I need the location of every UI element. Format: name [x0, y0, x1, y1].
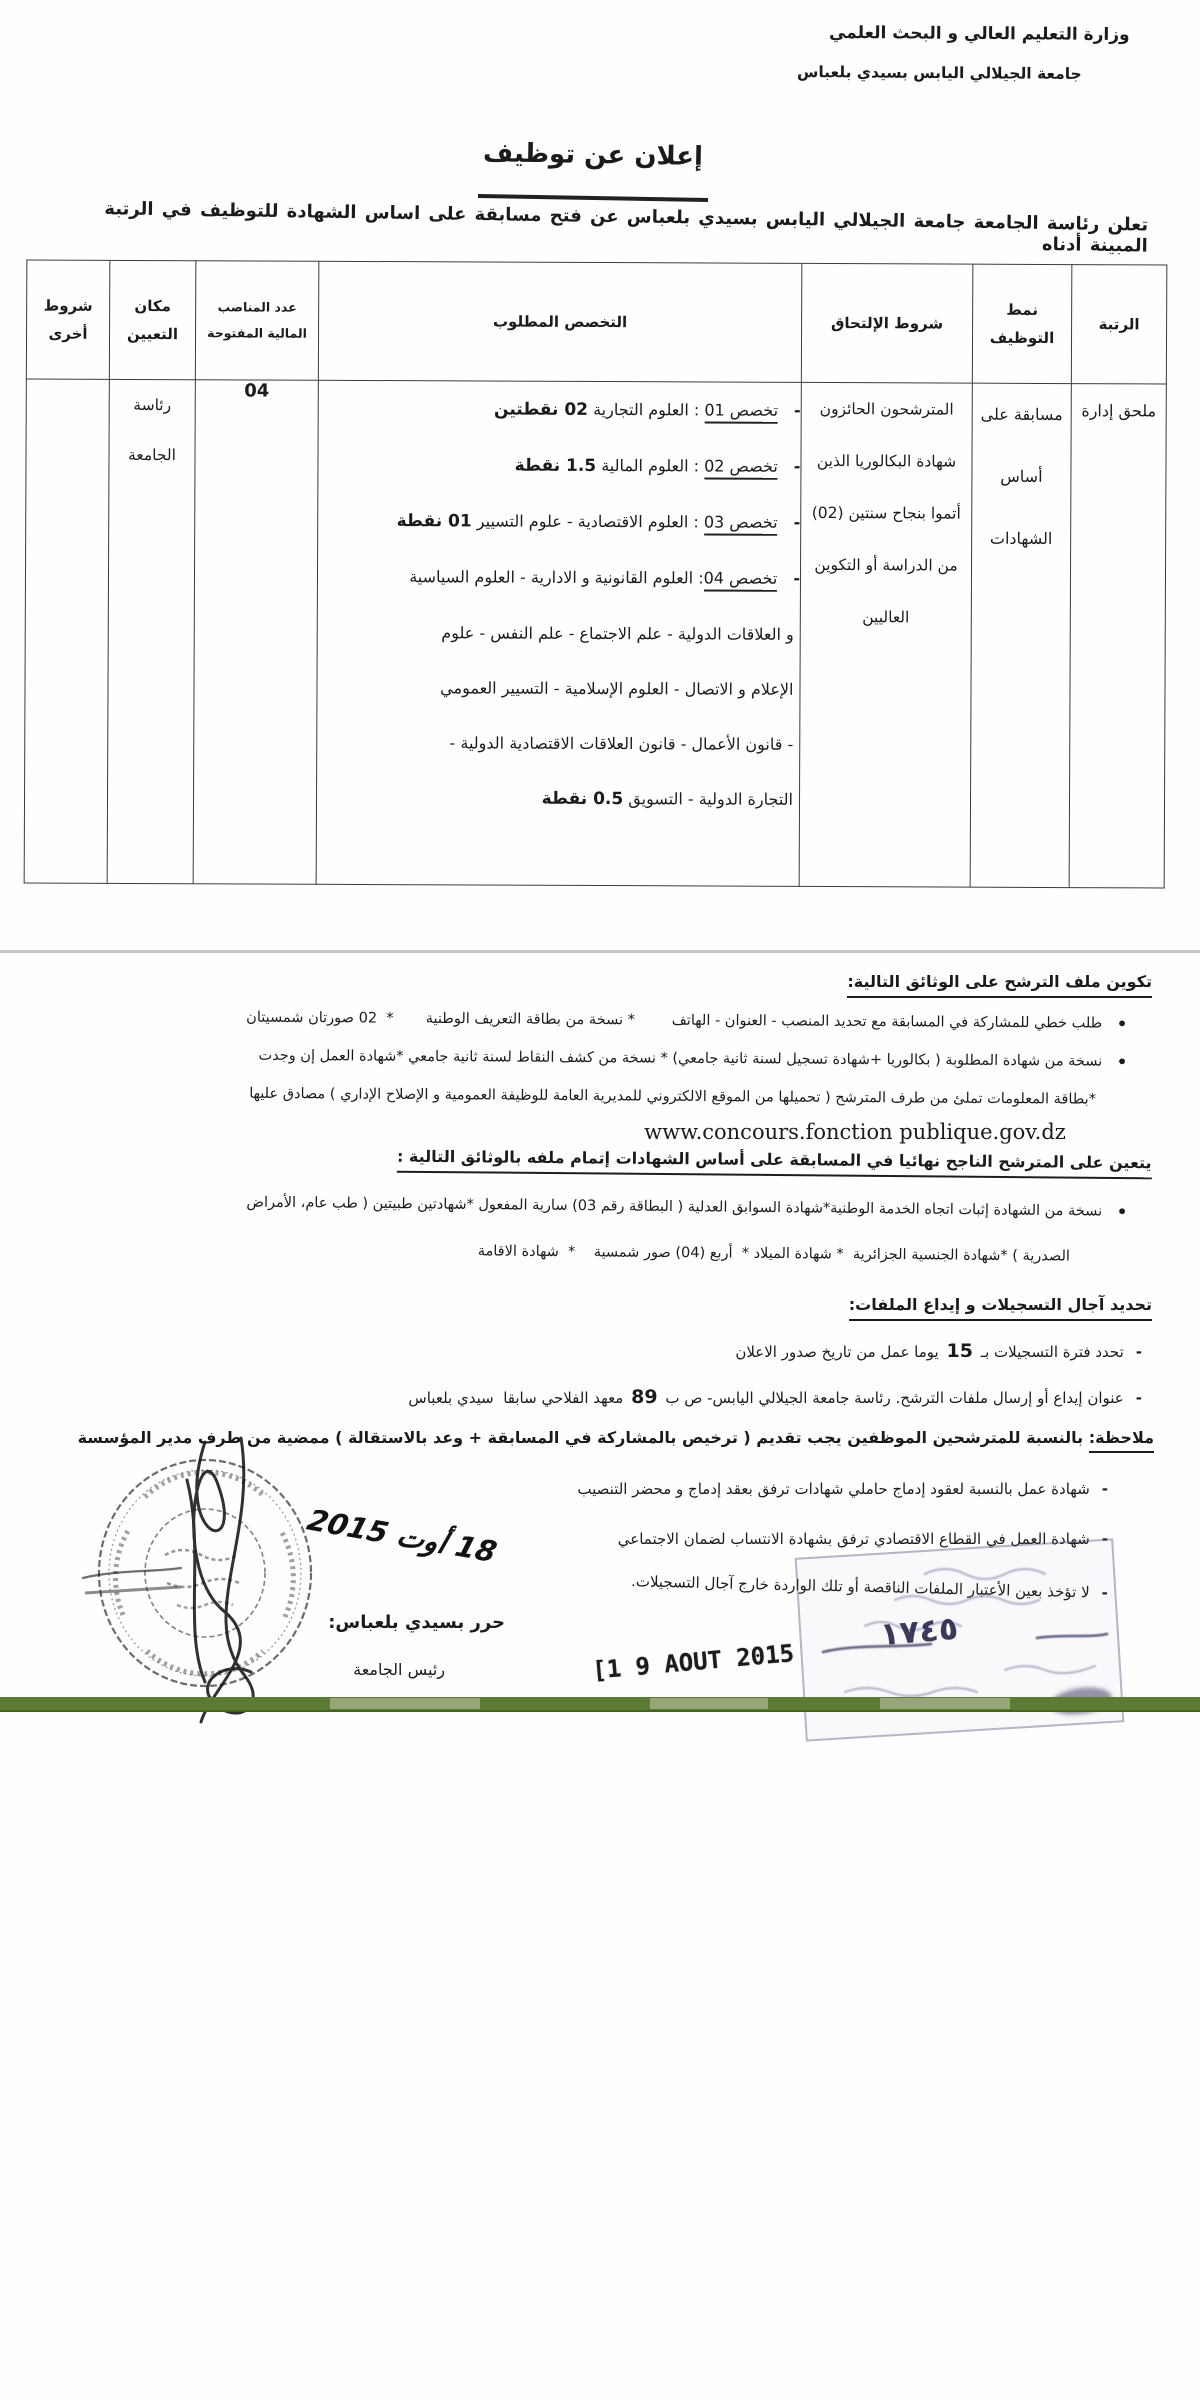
deadline-item-2: -عنوان إيداع أو إرسال ملفات الترشح. رئاس…: [408, 1386, 1142, 1408]
cell-other-conditions: [24, 379, 109, 883]
item-text: عنوان إيداع أو إرسال ملفات الترشح. رئاسة…: [661, 1389, 1124, 1407]
specialty-points: 1.5 نقطة: [515, 456, 597, 476]
po-box-number: 89: [628, 1386, 660, 1408]
dash-icon: -: [1136, 1343, 1142, 1361]
section-divider: [0, 950, 1200, 953]
intro-paragraph: تعلن رئاسة الجامعة جامعة الجيلالي اليابس…: [55, 197, 1149, 256]
heading-text: يتعين على المترشح الناجح نهائيا في المسا…: [397, 1147, 1152, 1180]
date-received-stamp: [1 9 AOUT 2015: [591, 1639, 795, 1685]
bullet-text: نسخة من شهادة المطلوبة ( بكالوريا +شهادة…: [258, 1048, 1102, 1070]
specialty-line: -تخصص 01 : العلوم التجارية 02 نقطتين: [319, 381, 801, 439]
specialty-line: -تخصص 02 : العلوم المالية 1.5 نقطة: [318, 437, 800, 495]
final-bullet-line1: •نسخة من الشهادة إثبات اتجاه الخدمة الوط…: [20, 1192, 1128, 1222]
cell-location: رئاسة الجامعة: [107, 379, 195, 883]
item-text: تحدد فترة التسجيلات بـ: [976, 1343, 1124, 1361]
dash-bullet: -: [793, 551, 800, 606]
specialty-text: الإعلام و الاتصال - العلوم الإسلامية - ا…: [440, 678, 793, 699]
specialty-line: - قانون الأعمال - قانون العلاقات الاقتصا…: [317, 715, 799, 772]
file-bullet-1: •طلب خطي للمشاركة في المسابقة مع تحديد ا…: [40, 1008, 1128, 1034]
bullet-text: نسخة من الشهادة إثبات اتجاه الخدمة الوطن…: [246, 1195, 1102, 1220]
col-header-rank: الرتبة: [1071, 265, 1167, 384]
item-text: معهد الفلاحي سابقا سيدي بلعباس: [408, 1389, 628, 1407]
scan-bar-segment: [650, 1698, 768, 1709]
specialty-line: الإعلام و الاتصال - العلوم الإسلامية - ا…: [317, 660, 799, 717]
scan-bar-segment: [330, 1698, 480, 1709]
bullet-icon: •: [1116, 1014, 1128, 1034]
days-count: 15: [944, 1340, 976, 1362]
col-header-other: شروط أخرى: [26, 260, 110, 379]
cell-rank: ملحق إدارة: [1069, 384, 1166, 888]
concours-url: www.concours.fonction publique.gov.dz: [620, 1120, 1090, 1144]
item-text: شهادة عمل بالنسبة لعقود إدماج حاملي شهاد…: [577, 1480, 1089, 1498]
cell-conditions: المترشحون الحائزون شهادة البكالوريا الذي…: [799, 382, 972, 887]
cell-specialties: -تخصص 01 : العلوم التجارية 02 نقطتين -تخ…: [316, 380, 801, 886]
specialty-line: -تخصص 04: العلوم القانونية و الادارية - …: [318, 549, 800, 607]
scan-bar-segment: [880, 1698, 1010, 1709]
cell-mode: مسابقة على أساس الشهادات: [970, 383, 1071, 887]
bullet-text: طلب خطي للمشاركة في المسابقة مع تحديد ال…: [246, 1010, 1102, 1032]
specialty-text: - قانون الأعمال - قانون العلاقات الاقتصا…: [450, 733, 794, 753]
dash-icon: -: [1136, 1389, 1142, 1407]
specialty-points: 02 نقطتين: [494, 400, 588, 420]
specialty-text: : العلوم المالية: [596, 456, 704, 475]
scanned-document-page: وزارة التعليم العالي و البحث العلمي جامع…: [0, 0, 1200, 2400]
specialty-label: تخصص 04: [704, 568, 778, 591]
note-item-1: -شهادة عمل بالنسبة لعقود إدماج حاملي شها…: [577, 1480, 1108, 1498]
handwritten-receipt-number: ١٧٤٥: [878, 1609, 959, 1654]
deadline-item-1: -تحدد فترة التسجيلات بـ 15 يوما عمل من ت…: [735, 1340, 1142, 1362]
heading-text: تحديد آجال التسجيلات و إيداع الملفات:: [849, 1295, 1152, 1321]
col-header-conditions: شروط الإلتحاق: [801, 263, 973, 383]
issued-at-line: حرر بسيدي بلعباس:: [328, 1612, 505, 1633]
final-bullet-line2: الصدرية ) *شهادة الجنسية الجزائرية * شها…: [30, 1239, 1070, 1264]
col-header-positions: عدد المناصب المالية المفتوحة: [195, 261, 319, 381]
file-info-card-line: *بطاقة المعلومات تملئ من طرف المترشح ( ت…: [30, 1084, 1096, 1107]
recruitment-table: الرتبة نمط التوظيف شروط الإلتحاق التخصص …: [24, 260, 1168, 889]
dash-bullet: -: [794, 383, 801, 438]
specialty-label: تخصص 02: [704, 456, 778, 479]
bullet-icon: •: [1116, 1202, 1128, 1222]
dash-bullet: -: [793, 495, 800, 550]
note-label: ملاحظة:: [1089, 1428, 1154, 1453]
bullet-icon: •: [1116, 1052, 1128, 1072]
ministry-name: وزارة التعليم العالي و البحث العلمي: [829, 23, 1130, 45]
section-heading-file: تكوين ملف الترشح على الوثائق التالية:: [847, 972, 1152, 991]
specialty-line: التجارة الدولية - التسويق 0.5 نقطة: [317, 770, 799, 828]
specialty-text: : العلوم التجارية: [588, 400, 704, 420]
specialty-points: 01 نقطة: [397, 511, 472, 531]
title-underline: [478, 194, 708, 202]
heading-text: تكوين ملف الترشح على الوثائق التالية:: [847, 972, 1152, 998]
specialty-text: التجارة الدولية - التسويق: [623, 789, 793, 809]
section-heading-final: يتعين على المترشح الناجح نهائيا في المسا…: [397, 1147, 1152, 1173]
item-text: يوما عمل من تاريخ صدور الاعلان: [735, 1343, 943, 1361]
specialty-line: و العلاقات الدولية - علم الاجتماع - علم …: [318, 605, 800, 662]
specialty-text: و العلاقات الدولية - علم الاجتماع - علم …: [441, 623, 793, 644]
page-title: إعلان عن توظيف: [448, 137, 738, 172]
col-header-mode: نمط التوظيف: [972, 264, 1072, 383]
university-name: جامعة الجيلالي اليابس بسيدي بلعباس: [797, 63, 1082, 83]
specialty-line: -تخصص 03 : العلوم الاقتصادية - علوم التس…: [318, 493, 800, 551]
specialty-label: تخصص 03: [704, 512, 778, 535]
specialty-points: 0.5 نقطة: [542, 789, 624, 809]
dash-bullet: -: [794, 439, 801, 494]
file-bullet-2: •نسخة من شهادة المطلوبة ( بكالوريا +شهاد…: [30, 1046, 1128, 1072]
col-header-specialty: التخصص المطلوب: [318, 261, 802, 382]
table-data-row: ملحق إدارة مسابقة على أساس الشهادات المت…: [24, 379, 1166, 888]
specialty-text: : العلوم القانونية و الادارية - العلوم ا…: [409, 567, 703, 587]
signer-title: رئيس الجامعة: [353, 1660, 445, 1679]
cell-positions: 04: [193, 380, 318, 885]
col-header-location: مكان التعيين: [109, 260, 196, 379]
scan-edge-bar: [0, 1697, 1200, 1712]
table-header-row: الرتبة نمط التوظيف شروط الإلتحاق التخصص …: [26, 260, 1167, 384]
dash-icon: -: [1102, 1480, 1108, 1498]
specialty-text: : العلوم الاقتصادية - علوم التسيير: [472, 511, 704, 531]
specialty-label: تخصص 01: [704, 400, 778, 423]
section-heading-deadlines: تحديد آجال التسجيلات و إيداع الملفات:: [849, 1295, 1152, 1314]
